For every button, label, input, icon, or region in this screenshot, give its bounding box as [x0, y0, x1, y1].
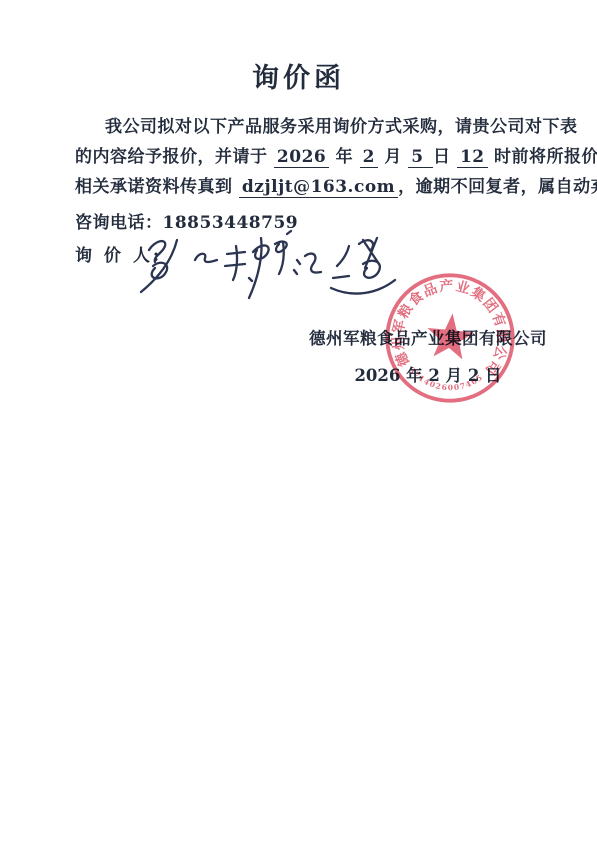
- page-title: 询价函: [0, 56, 597, 95]
- signature-stroke: [195, 254, 217, 262]
- signature-stroke: [294, 254, 321, 274]
- deadline-day: 5: [408, 147, 433, 168]
- year-unit-label: 年: [336, 147, 354, 167]
- signature-stroke: [275, 242, 287, 274]
- company-seal: 德州军粮食品产业集团有限公司 3714026007465: [366, 254, 533, 421]
- line3-pre-text: 相关承诺资料传真到: [75, 177, 233, 197]
- contact-email: dzjljt@163.com: [239, 177, 398, 198]
- day-unit-label: 日: [433, 147, 451, 167]
- signature-1: [141, 240, 252, 292]
- month-unit-label: 月: [384, 147, 402, 167]
- handwritten-signatures: [133, 228, 403, 306]
- paragraph-line-1: 我公司拟对以下产品服务采用询价方式采购，请贵公司对下表: [105, 112, 578, 137]
- document-page: 询价函 我公司拟对以下产品服务采用询价方式采购，请贵公司对下表 的内容给予报价，…: [0, 0, 597, 854]
- seal-star-icon: [425, 311, 476, 360]
- deadline-year: 2026: [274, 147, 329, 168]
- line3-post-text: ，逾期不回复者，属自动弃权。: [398, 177, 597, 197]
- deadline-month: 2: [360, 147, 378, 168]
- paragraph-line-2: 的内容给予报价，并请于 2026 年 2 月 5 日 12 时前将所报价格及: [75, 142, 597, 167]
- signature-stroke: [149, 241, 165, 262]
- paragraph-line-3: 相关承诺资料传真到 dzjljt@163.com，逾期不回复者，属自动弃权。: [75, 172, 597, 197]
- signature-stroke: [225, 246, 252, 281]
- signature-stroke: [363, 261, 380, 278]
- deadline-hour: 12: [457, 147, 488, 168]
- signature-2: [249, 231, 321, 298]
- line2-post-text: 时前将所报价格及: [494, 147, 597, 167]
- signature-stroke: [141, 240, 177, 292]
- signature-stroke: [287, 231, 291, 234]
- signature-stroke: [333, 246, 349, 278]
- signature-stroke: [152, 263, 167, 279]
- line2-pre-text: 的内容给予报价，并请于: [75, 147, 268, 167]
